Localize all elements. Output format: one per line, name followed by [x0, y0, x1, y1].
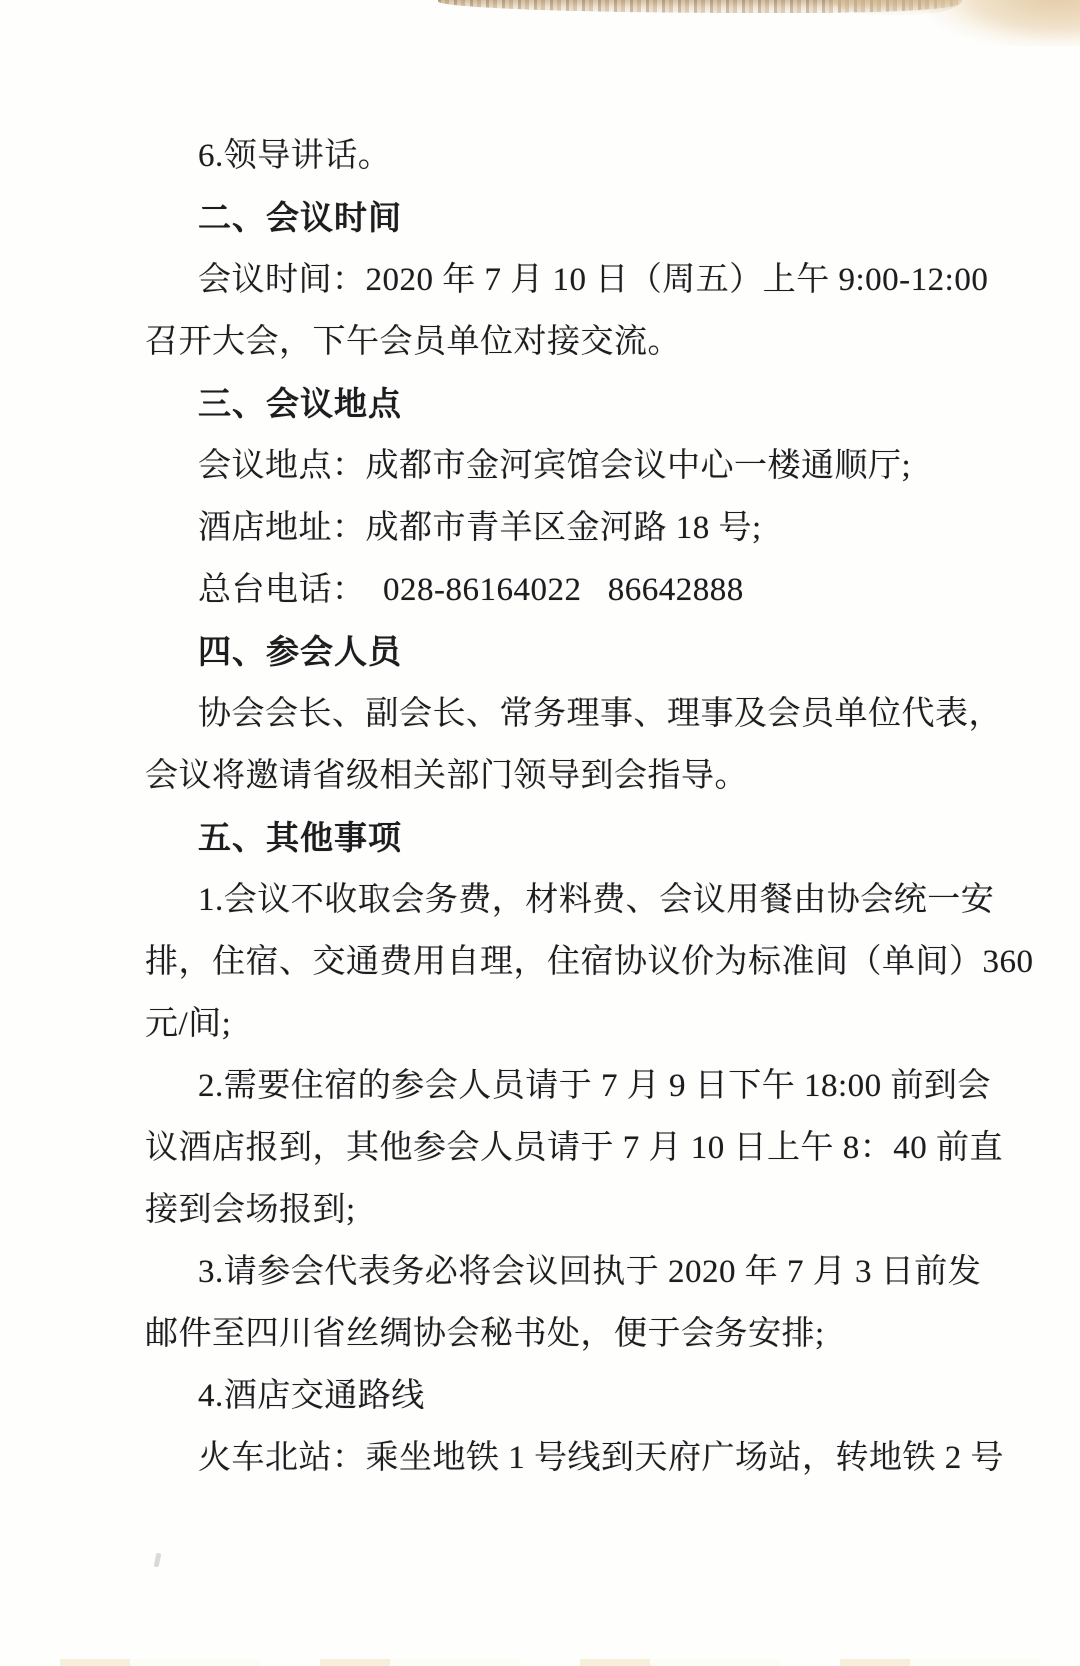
doc-line-other-2: 2.需要住宿的参会人员请于 7 月 9 日下午 18:00 前到会 — [145, 1055, 945, 1117]
doc-line-hotel-address: 酒店地址：成都市青羊区金河路 18 号; — [145, 497, 945, 559]
document-body: 6.领导讲话。 二、会议时间 会议时间：2020 年 7 月 10 日（周五）上… — [145, 125, 945, 1489]
scan-edge-artifact-bottom — [0, 1659, 1080, 1666]
doc-line-attendees-cont: 会议将邀请省级相关部门领导到会指导。 — [145, 745, 945, 807]
section-heading-time: 二、会议时间 — [145, 187, 945, 249]
section-heading-location: 三、会议地点 — [145, 373, 945, 435]
doc-line-other-3: 3.请参会代表务必将会议回执于 2020 年 7 月 3 日前发 — [145, 1241, 945, 1303]
scan-speck-artifact — [154, 1553, 162, 1568]
doc-line-agenda-item-6: 6.领导讲话。 — [145, 125, 945, 187]
section-heading-other: 五、其他事项 — [145, 807, 945, 869]
doc-line-meeting-time-cont: 召开大会，下午会员单位对接交流。 — [145, 311, 945, 373]
doc-line-other-4: 4.酒店交通路线 — [145, 1365, 945, 1427]
doc-line-other-1-cont2: 元/间; — [145, 993, 945, 1055]
doc-line-other-2-cont: 议酒店报到，其他参会人员请于 7 月 10 日上午 8：40 前直 — [145, 1117, 945, 1179]
section-heading-attendees: 四、参会人员 — [145, 621, 945, 683]
doc-line-other-2-cont2: 接到会场报到; — [145, 1179, 945, 1241]
doc-line-meeting-time: 会议时间：2020 年 7 月 10 日（周五）上午 9:00-12:00 — [145, 249, 945, 311]
doc-line-attendees: 协会会长、副会长、常务理事、理事及会员单位代表， — [145, 683, 945, 745]
doc-line-transit-route: 火车北站：乘坐地铁 1 号线到天府广场站，转地铁 2 号 — [145, 1427, 945, 1489]
doc-line-other-1-cont: 排，住宿、交通费用自理，住宿协议价为标准间（单间）360 — [145, 931, 945, 993]
scanned-document-page: 6.领导讲话。 二、会议时间 会议时间：2020 年 7 月 10 日（周五）上… — [0, 0, 1080, 1666]
doc-line-other-1: 1.会议不收取会务费，材料费、会议用餐由协会统一安 — [145, 869, 945, 931]
doc-line-meeting-location: 会议地点：成都市金河宾馆会议中心一楼通顺厅; — [145, 435, 945, 497]
doc-line-other-3-cont: 邮件至四川省丝绸协会秘书处，便于会务安排; — [145, 1303, 945, 1365]
doc-line-front-desk-phone: 总台电话： 028-86164022 86642888 — [145, 559, 945, 621]
